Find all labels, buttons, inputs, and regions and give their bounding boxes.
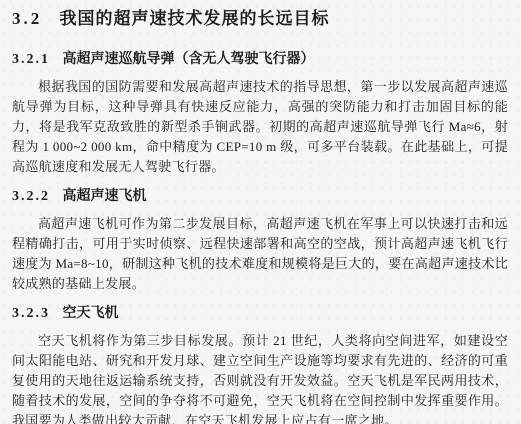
subsection-heading-text: 空天飞机	[63, 306, 119, 321]
subsection-number: 3.2.1	[12, 52, 50, 67]
body-paragraph: 高超声速飞机可作为第二步发展目标，高超声速飞机在军事上可以快速打击和远程精确打击…	[12, 214, 508, 294]
body-paragraph: 空天飞机将作为第三步目标发展。预计 21 世纪，人类将向空间进军，如建设空间太阳…	[12, 331, 508, 424]
subsection-heading-text: 高超声速巡航导弹（含无人驾驶飞行器）	[63, 52, 315, 67]
section-title-text: 我国的超声速技术发展的长远目标	[60, 9, 330, 28]
body-paragraph: 根据我国的国防需要和发展高超声速技术的指导思想，第一步以发展高超声速巡航导弹为目…	[12, 77, 508, 177]
section-number: 3.2	[12, 9, 42, 28]
subsection-aerospace-plane: 3.2.3 空天飞机 空天飞机将作为第三步目标发展。预计 21 世纪，人类将向空…	[12, 306, 508, 424]
subsection-heading-text: 高超声速飞机	[63, 189, 147, 204]
document-page: 3.2 我国的超声速技术发展的长远目标 3.2.1 高超声速巡航导弹（含无人驾驶…	[0, 0, 521, 424]
subsection-heading: 3.2.3 空天飞机	[12, 306, 508, 322]
subsection-number: 3.2.3	[12, 306, 50, 321]
subsection-hypersonic-aircraft: 3.2.2 高超声速飞机 高超声速飞机可作为第二步发展目标，高超声速飞机在军事上…	[12, 189, 508, 294]
subsection-hypersonic-cruise-missile: 3.2.1 高超声速巡航导弹（含无人驾驶飞行器） 根据我国的国防需要和发展高超声…	[12, 52, 508, 177]
subsection-heading: 3.2.1 高超声速巡航导弹（含无人驾驶飞行器）	[12, 52, 508, 68]
subsection-heading: 3.2.2 高超声速飞机	[12, 189, 508, 205]
section-title: 3.2 我国的超声速技术发展的长远目标	[12, 8, 508, 30]
subsection-number: 3.2.2	[12, 189, 50, 204]
